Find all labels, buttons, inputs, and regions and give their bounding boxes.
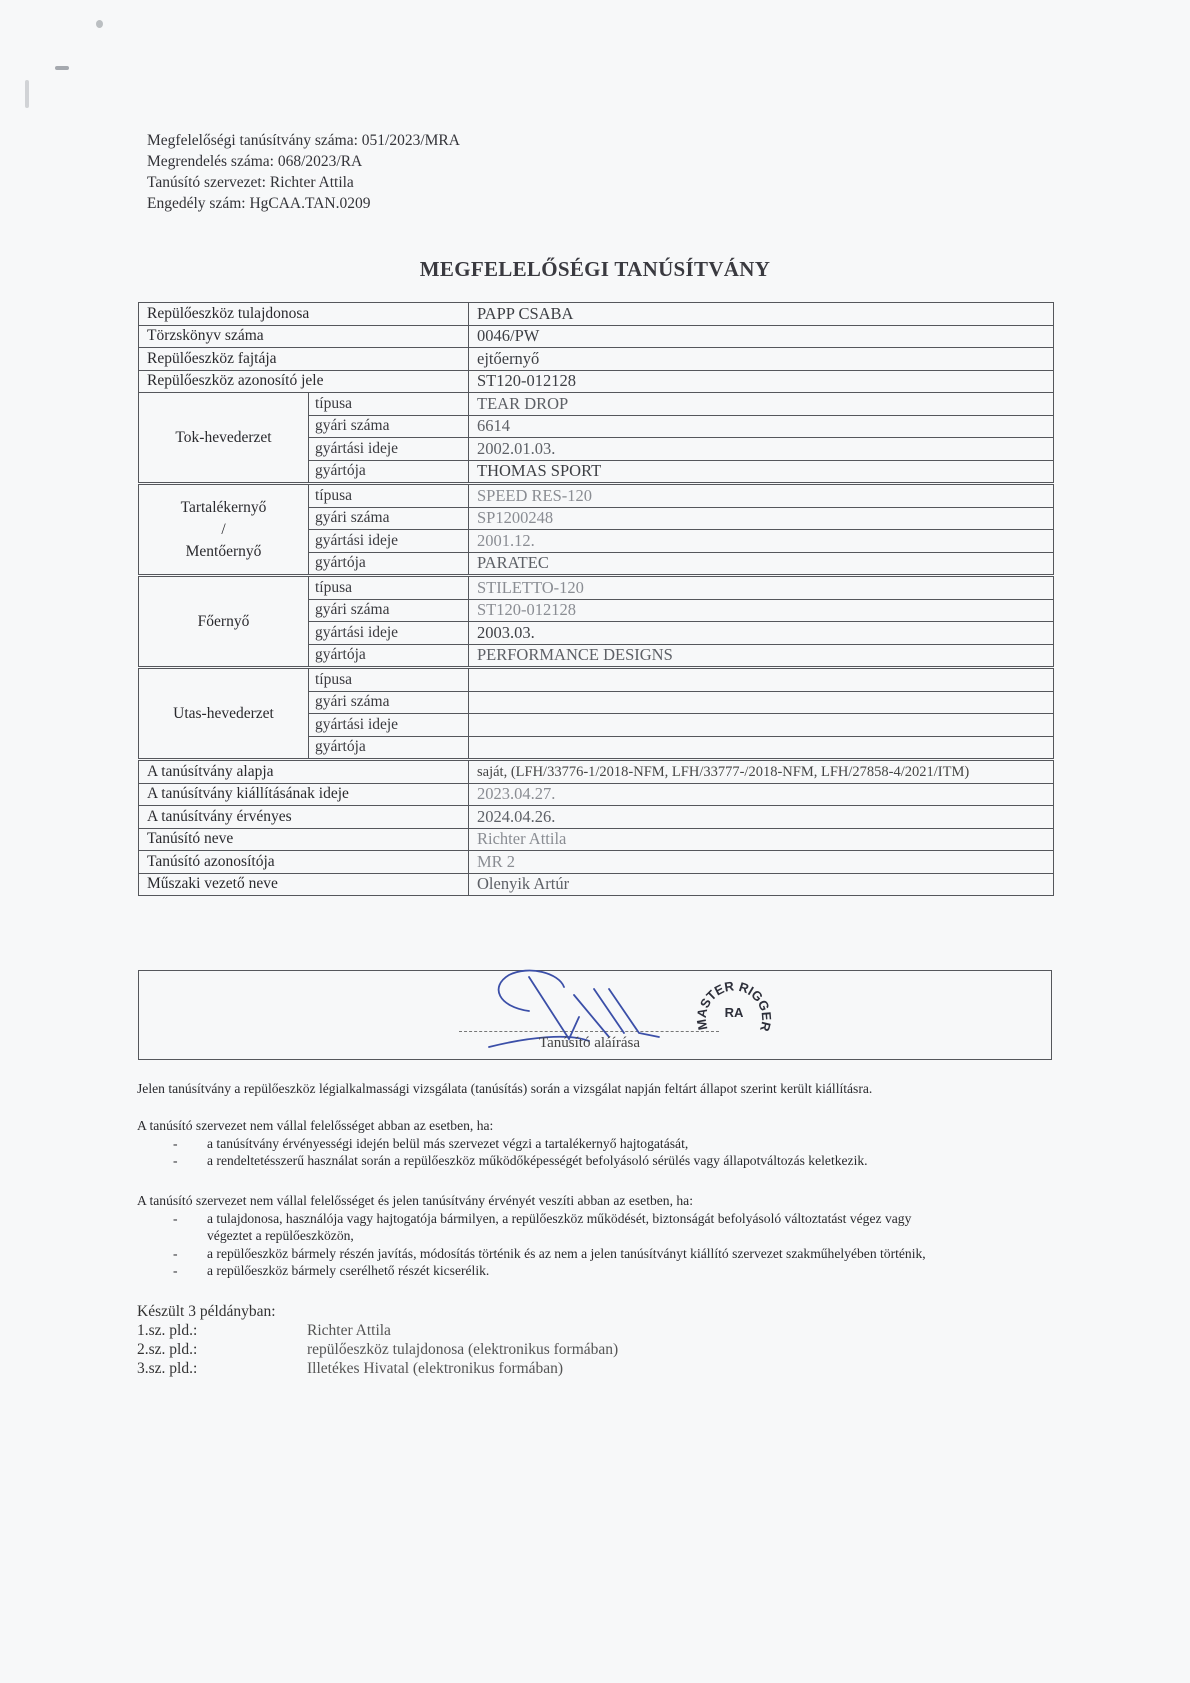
main-manufacturer-value: PERFORMANCE DESIGNS	[469, 644, 1054, 668]
certificate-basis-value: saját, (LFH/33776-1/2018-NFM, LFH/33777-…	[469, 760, 1054, 784]
registry-number-value: 0046/PW	[469, 325, 1054, 348]
group-name-line: /	[147, 519, 300, 541]
sub-label: gyártója	[309, 460, 469, 484]
group-reserve-parachute: Tartalékernyő / Mentőernyő	[139, 484, 309, 576]
scan-speck	[96, 20, 103, 28]
row-label: Tanúsító azonosítója	[139, 851, 469, 874]
group-main-canopy: Főernyő	[139, 576, 309, 668]
row-label: Műszaki vezető neve	[139, 873, 469, 896]
harness-date-value: 2002.01.03.	[469, 438, 1054, 461]
aircraft-type-value: ejtőernyő	[469, 348, 1054, 371]
passenger-serial-value	[469, 691, 1054, 714]
table-row: A tanúsítvány alapja saját, (LFH/33776-1…	[139, 760, 1054, 784]
certificate-table: Repülőeszköz tulajdonosa PAPP CSABA Törz…	[138, 302, 1054, 896]
sub-label: gyártási ideje	[309, 438, 469, 461]
sub-label: gyári száma	[309, 599, 469, 622]
sub-label: gyártási ideje	[309, 714, 469, 737]
main-type-value: STILETTO-120	[469, 576, 1054, 600]
master-rigger-stamp-icon: MASTER RIGGER 2 RA	[694, 971, 774, 1051]
aircraft-id-value: ST120-012128	[469, 370, 1054, 393]
certificate-header-info: Megfelelőségi tanúsítvány száma: 051/202…	[147, 130, 460, 214]
table-row: Tanúsító neve Richter Attila	[139, 828, 1054, 851]
copy-key: 3.sz. pld.:	[137, 1359, 307, 1378]
owner-value: PAPP CSABA	[469, 303, 1054, 326]
disclaimer-block-2: A tanúsító szervezet nem vállal felelőss…	[137, 1192, 926, 1280]
issue-date-value: 2023.04.27.	[469, 783, 1054, 806]
sub-label: gyártója	[309, 644, 469, 668]
table-row: Utas-hevederzet típusa	[139, 668, 1054, 692]
copy-key: 1.sz. pld.:	[137, 1321, 307, 1340]
group-name-line: Mentőernyő	[147, 541, 300, 563]
svg-text:MASTER RIGGER 2: MASTER RIGGER 2	[694, 971, 774, 1034]
technical-manager-value: Olenyik Artúr	[469, 873, 1054, 896]
row-label: Repülőeszköz tulajdonosa	[139, 303, 469, 326]
group-harness: Tok-hevederzet	[139, 393, 309, 484]
order-number: Megrendelés száma: 068/2023/RA	[147, 151, 460, 172]
sub-label: gyári száma	[309, 691, 469, 714]
passenger-manufacturer-value	[469, 736, 1054, 760]
copies-heading: Készült 3 példányban:	[137, 1302, 618, 1321]
table-row: A tanúsítvány érvényes 2024.04.26.	[139, 806, 1054, 829]
disclaimer-block-1: A tanúsító szervezet nem vállal felelőss…	[137, 1117, 868, 1170]
table-row: Tartalékernyő / Mentőernyő típusa SPEED …	[139, 484, 1054, 508]
table-row: Repülőeszköz fajtája ejtőernyő	[139, 348, 1054, 371]
sub-label: gyártási ideje	[309, 530, 469, 553]
disclaimer-item: -a tulajdonosa, használója vagy hajtogat…	[137, 1210, 926, 1228]
signature-box: MASTER RIGGER 2 RA Tanúsító aláírása	[138, 970, 1052, 1060]
svg-text:RA: RA	[725, 1005, 744, 1020]
row-label: A tanúsítvány érvényes	[139, 806, 469, 829]
certificate-number: Megfelelőségi tanúsítvány száma: 051/202…	[147, 130, 460, 151]
copy-row: 2.sz. pld.: repülőeszköz tulajdonosa (el…	[137, 1340, 618, 1359]
passenger-type-value	[469, 668, 1054, 692]
table-row: Repülőeszköz azonosító jele ST120-012128	[139, 370, 1054, 393]
row-label: Repülőeszköz azonosító jele	[139, 370, 469, 393]
copy-row: 3.sz. pld.: Illetékes Hivatal (elektroni…	[137, 1359, 618, 1378]
copies-section: Készült 3 példányban: 1.sz. pld.: Richte…	[137, 1302, 618, 1378]
row-label: Repülőeszköz fajtája	[139, 348, 469, 371]
certifier-id-value: MR 2	[469, 851, 1054, 874]
certifying-organization: Tanúsító szervezet: Richter Attila	[147, 172, 460, 193]
table-row: Repülőeszköz tulajdonosa PAPP CSABA	[139, 303, 1054, 326]
signature-caption: Tanúsító aláírása	[539, 1035, 640, 1052]
disclaimer-item: -a repülőeszköz bármely cserélhető részé…	[137, 1262, 926, 1280]
disclaimer-item-continuation: végeztet a repülőeszközön,	[137, 1227, 926, 1245]
license-number: Engedély szám: HgCAA.TAN.0209	[147, 193, 460, 214]
disclaimer-intro: A tanúsító szervezet nem vállal felelőss…	[137, 1192, 926, 1210]
sub-label: típusa	[309, 393, 469, 416]
row-label: A tanúsítvány kiállításának ideje	[139, 783, 469, 806]
passenger-date-value	[469, 714, 1054, 737]
sub-label: gyártója	[309, 552, 469, 576]
reserve-type-value: SPEED RES-120	[469, 484, 1054, 508]
table-row: Műszaki vezető neve Olenyik Artúr	[139, 873, 1054, 896]
table-row: A tanúsítvány kiállításának ideje 2023.0…	[139, 783, 1054, 806]
copy-recipient: Illetékes Hivatal (elektronikus formában…	[307, 1359, 563, 1378]
scan-speck	[55, 66, 69, 70]
group-passenger-harness: Utas-hevederzet	[139, 668, 309, 760]
document-title: MEGFELELŐSÉGI TANÚSÍTVÁNY	[0, 257, 1190, 282]
disclaimer-item: -a rendeltetésszerű használat során a re…	[137, 1152, 868, 1170]
disclaimer-item: -a tanúsítvány érvényességi idején belül…	[137, 1135, 868, 1153]
harness-manufacturer-value: THOMAS SPORT	[469, 460, 1054, 484]
harness-type-value: TEAR DROP	[469, 393, 1054, 416]
reserve-manufacturer-value: PARATEC	[469, 552, 1054, 576]
main-date-value: 2003.03.	[469, 622, 1054, 645]
disclaimer-item: -a repülőeszköz bármely részén javítás, …	[137, 1245, 926, 1263]
group-name-line: Tartalékernyő	[147, 497, 300, 519]
reserve-serial-value: SP1200248	[469, 507, 1054, 530]
disclaimer-intro: A tanúsító szervezet nem vállal felelőss…	[137, 1117, 868, 1135]
copy-recipient: Richter Attila	[307, 1321, 391, 1340]
sub-label: gyártási ideje	[309, 622, 469, 645]
copy-recipient: repülőeszköz tulajdonosa (elektronikus f…	[307, 1340, 618, 1359]
sub-label: gyári száma	[309, 415, 469, 438]
scan-speck	[25, 80, 29, 108]
valid-until-value: 2024.04.26.	[469, 806, 1054, 829]
table-row: Főernyő típusa STILETTO-120	[139, 576, 1054, 600]
sub-label: gyári száma	[309, 507, 469, 530]
harness-serial-value: 6614	[469, 415, 1054, 438]
row-label: A tanúsítvány alapja	[139, 760, 469, 784]
sub-label: típusa	[309, 576, 469, 600]
copy-key: 2.sz. pld.:	[137, 1340, 307, 1359]
certifier-name-value: Richter Attila	[469, 828, 1054, 851]
sub-label: típusa	[309, 484, 469, 508]
row-label: Tanúsító neve	[139, 828, 469, 851]
sub-label: típusa	[309, 668, 469, 692]
table-row: Tok-hevederzet típusa TEAR DROP	[139, 393, 1054, 416]
main-serial-value: ST120-012128	[469, 599, 1054, 622]
sub-label: gyártója	[309, 736, 469, 760]
table-row: Tanúsító azonosítója MR 2	[139, 851, 1054, 874]
reserve-date-value: 2001.12.	[469, 530, 1054, 553]
copy-row: 1.sz. pld.: Richter Attila	[137, 1321, 618, 1340]
row-label: Törzskönyv száma	[139, 325, 469, 348]
table-row: Törzskönyv száma 0046/PW	[139, 325, 1054, 348]
certificate-statement: Jelen tanúsítvány a repülőeszköz légialk…	[137, 1080, 872, 1098]
